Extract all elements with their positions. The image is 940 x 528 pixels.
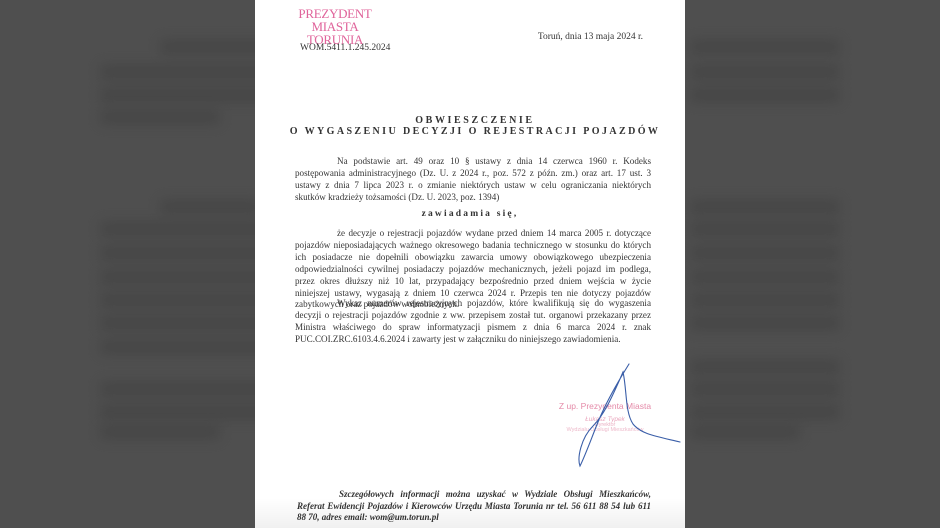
issuer-header: PREZYDENT MIASTA TORUNIA xyxy=(289,7,381,46)
document-subtitle: O WYGASZENIU DECYZJI O REJESTRACJI POJAZ… xyxy=(260,126,685,137)
announcement-heading: zawiadamia się, xyxy=(255,209,685,219)
body-paragraph-2: Wykaz numerów rejestracyjnych pojazdów, … xyxy=(295,298,651,346)
handwritten-signature-icon xyxy=(535,360,685,470)
image-viewer: PREZYDENT MIASTA TORUNIA Toruń, dnia 13 … xyxy=(0,0,940,528)
issuer-line-1: PREZYDENT MIASTA xyxy=(289,7,381,33)
document-page: PREZYDENT MIASTA TORUNIA Toruń, dnia 13 … xyxy=(255,0,685,528)
reference-number: WOM.5411.1.245.2024 xyxy=(300,43,390,53)
contact-footer: Szczegółowych informacji można uzyskać w… xyxy=(297,489,651,524)
place-date: Toruń, dnia 13 maja 2024 r. xyxy=(538,32,643,42)
document-title: OBWIESZCZENIE xyxy=(260,115,685,126)
legal-basis-paragraph: Na podstawie art. 49 oraz 10 § ustawy z … xyxy=(295,156,651,204)
